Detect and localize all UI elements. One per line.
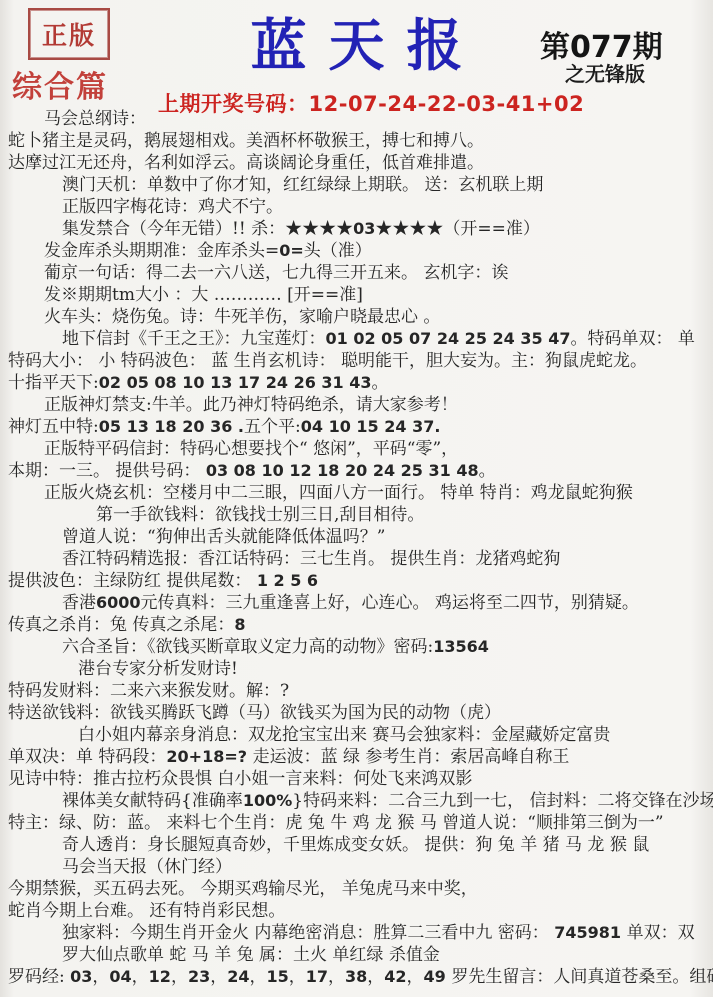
body-line: 单双决：单 特码段：20+18=? 走运波：蓝 绿 参考生肖：索居高峰自称王 <box>0 746 713 768</box>
body-line: 独家料：今期生肖开金火 内幕绝密消息：胜算二三看中九 密码： 745981 单双… <box>0 922 713 944</box>
body-line: 达摩过江无还舟，名利如浮云。高谈阔论身重任，低首难排遣。 <box>0 152 713 174</box>
body-line: 六合圣旨：《欲钱买断章取义定力高的动物》密码:13564 <box>0 636 713 658</box>
body-line: 火车头：烧伤兔。诗：牛死羊伤，家喻户晓最忠心 。 <box>0 306 713 328</box>
newspaper-page: 正版 蓝天报 第077期 之无锋版 综合篇 上期开奖号码：12-07-24-22… <box>0 0 713 997</box>
body-line: 第一手欲钱料：欲钱找士别三日,刮目相待。 <box>0 504 713 526</box>
body-line: 传真之杀肖：兔 传真之杀尾：8 <box>0 614 713 636</box>
body-line: 发金库杀头期期准：金库杀头=0=头（准） <box>0 240 713 262</box>
body-line: 蛇肖今期上台难。 还有特肖彩民想。 <box>0 900 713 922</box>
body-line: 特主：绿、防：蓝。 来料七个生肖：虎 兔 牛 鸡 龙 猴 马 曾道人说：“顺排第… <box>0 812 713 834</box>
body-text-block: 马会总纲诗：蛇卜猪主是灵码，鹅展翅相戏。美酒杯杯敬猴王，搏七和搏八。达摩过江无还… <box>0 108 713 988</box>
body-line: 正版特平码信封：特码心想要找个“ 悠闲”，平码“零”， <box>0 438 713 460</box>
body-line: 澳门天机：单数中了你才知，红红绿绿上期联。 送：玄机联上期 <box>0 174 713 196</box>
body-line: 本期：一三。 提供号码： 03 08 10 12 18 20 24 25 31 … <box>0 460 713 482</box>
body-line: 提供波色：主绿防红 提供尾数： 1 2 5 6 <box>0 570 713 592</box>
body-line: 特码发财料：二来六来猴发财。解：? <box>0 680 713 702</box>
body-line: 正版神灯禁支:牛羊。此乃神灯特码绝杀，请大家参考！ <box>0 394 713 416</box>
edition-label: 之无锋版 <box>565 58 705 87</box>
body-line: 葡京一句话：得二去一六八送，七九得三开五来。 玄机字：诶 <box>0 262 713 284</box>
body-line: 罗码经: 03，04，12，23，24，15，17，38，42，49 罗先生留言… <box>0 966 713 988</box>
body-line: 马会当天报（休门经） <box>0 856 713 878</box>
body-line: 特送欲钱料：欲钱买腾跃飞蹲（马）欲钱买为国为民的动物（虎） <box>0 702 713 724</box>
body-line: 地下信封《千王之王》：九宝莲灯：01 02 05 07 24 25 24 35 … <box>0 328 713 350</box>
body-line: 今期禁猴，买五码去死。 今期买鸡输尽光， 羊兔虎马来中奖， <box>0 878 713 900</box>
body-line: 港台专家分析发财诗! <box>0 658 713 680</box>
body-line: 裸体美女献特码{准确率100%}特码来料：二合三九到一七， 信封料：二将交锋在沙… <box>0 790 713 812</box>
body-line: 见诗中特：推古拉朽众畏惧 白小姐一言来料：何处飞来鸿双影 <box>0 768 713 790</box>
body-line: 曾道人说：“狗伸出舌头就能降低体温吗？” <box>0 526 713 548</box>
body-line: 正版火烧玄机：空楼月中二三眼，四面八方一面行。 特单 特肖：鸡龙鼠蛇狗猴 <box>0 482 713 504</box>
body-line: 奇人透肖：身长腿短真奇妙，千里炼成变女妖。 提供：狗 兔 羊 猪 马 龙 猴 鼠 <box>0 834 713 856</box>
body-line: 马会总纲诗： <box>0 108 713 130</box>
body-line: 蛇卜猪主是灵码，鹅展翅相戏。美酒杯杯敬猴王，搏七和搏八。 <box>0 130 713 152</box>
body-line: 集发禁合（今年无错）!! 杀：★★★★03★★★★（开==准） <box>0 218 713 240</box>
body-line: 发※期期tm大小 ：大 ………… [开==准] <box>0 284 713 306</box>
body-line: 白小姐内幕亲身消息：双龙抢宝宝出来 赛马会独家料：金屋藏娇定富贵 <box>0 724 713 746</box>
body-line: 罗大仙点歌单 蛇 马 羊 兔 属：土火 单红绿 杀值金 <box>0 944 713 966</box>
body-line: 十指平天下:02 05 08 10 13 17 24 26 31 43。 <box>0 372 713 394</box>
body-line: 香江特码精选报：香江话特码：三七生肖。 提供生肖：龙猪鸡蛇狗 <box>0 548 713 570</box>
body-line: 神灯五中特:05 13 18 20 36 .五个平:04 10 15 24 37… <box>0 416 713 438</box>
body-line: 香港6000元传真料：三九重逢喜上好，心连心。 鸡运将至二四节，别猜疑。 <box>0 592 713 614</box>
section-label: 综合篇 <box>12 62 108 106</box>
body-line: 特码大小： 小 特码波色： 蓝 生肖玄机诗： 聪明能干，胆大妄为。主：狗鼠虎蛇龙… <box>0 350 713 372</box>
body-line: 正版四字梅花诗：鸡犬不宁。 <box>0 196 713 218</box>
